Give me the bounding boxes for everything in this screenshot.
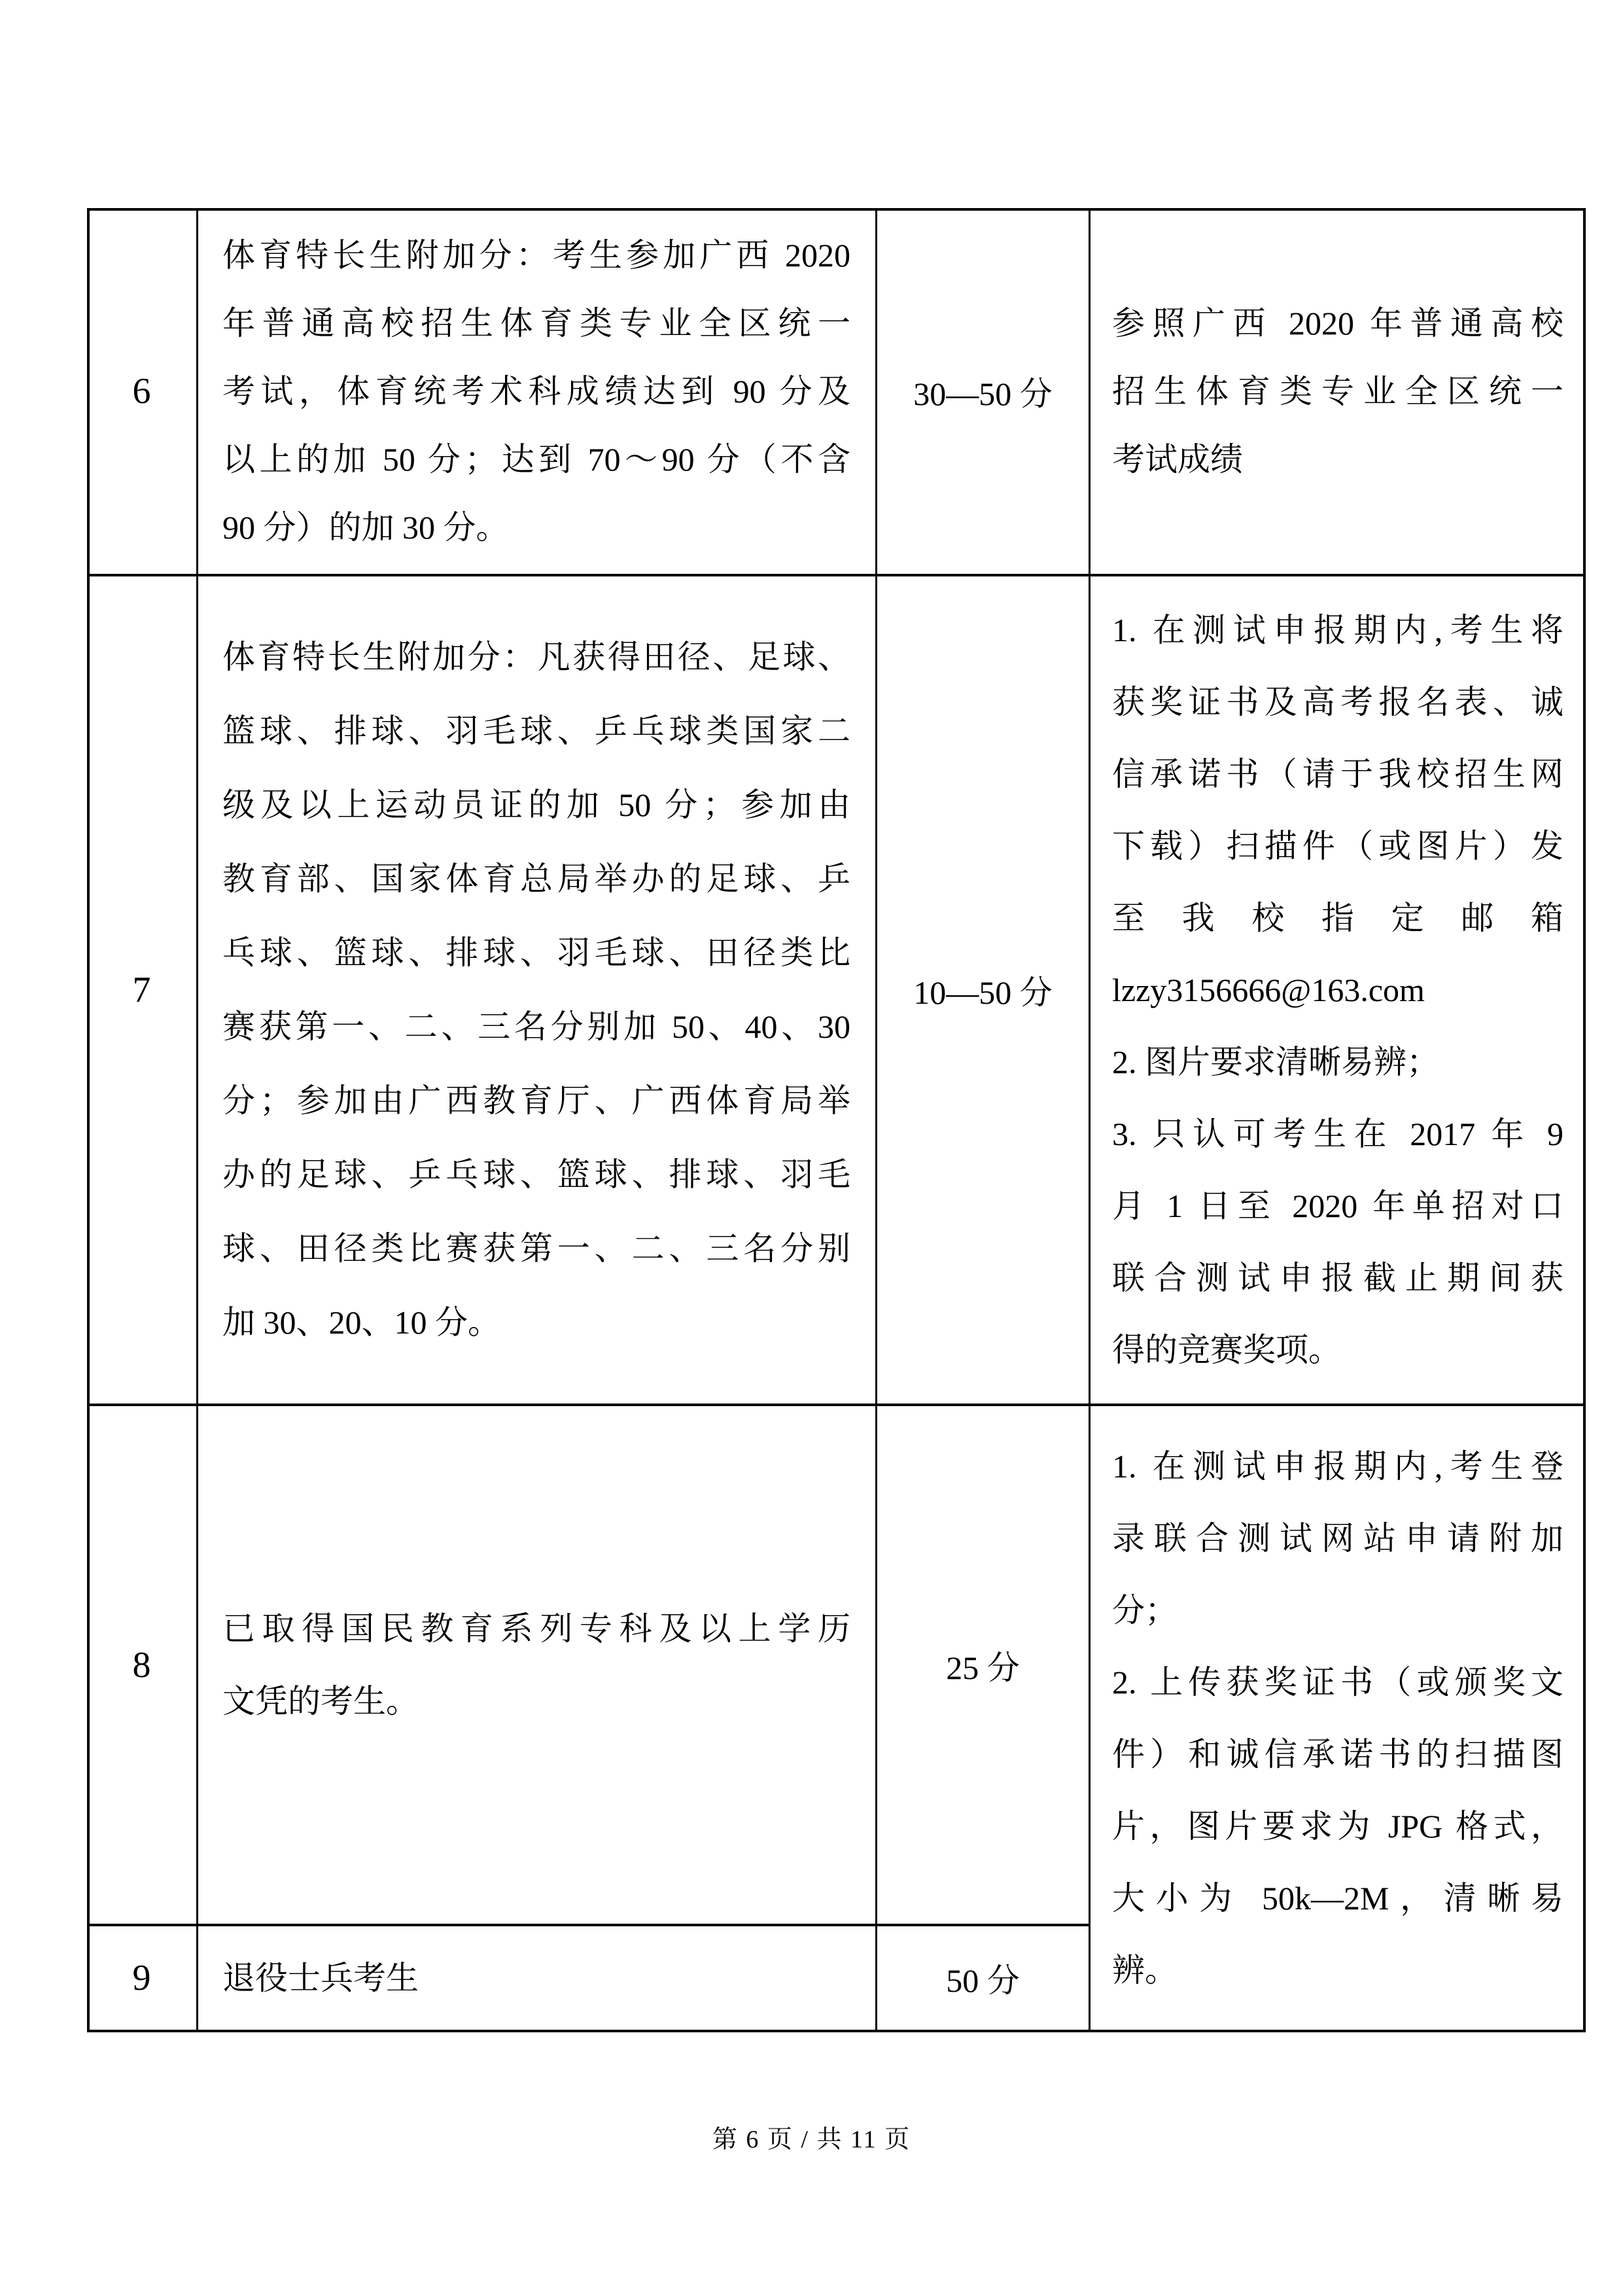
text-line: 赛获第一、二、三名分别加 50、40、30 bbox=[222, 990, 850, 1064]
criteria-cell: 已取得国民教育系列专科及以上学历 文凭的考生。 bbox=[222, 1406, 850, 1924]
criteria-cell: 体育特长生附加分：凡获得田径、足球、 篮球、排球、羽毛球、乒乓球类国家二 级及以… bbox=[222, 576, 850, 1404]
score-value: 25 分 bbox=[946, 1642, 1020, 1689]
text-line: 件）和诚信承诺书的扫描图 bbox=[1112, 1718, 1563, 1790]
note-cell-merged: 1. 在测试申报期内,考生登 录联合测试网站申请附加 分； 2. 上传获奖证书（… bbox=[1112, 1406, 1563, 2030]
text-line: 月 1 日至 2020 年单招对口 bbox=[1112, 1170, 1563, 1242]
text-line: 至我校指定邮箱 bbox=[1112, 882, 1563, 954]
score-cell: 25 分 bbox=[877, 1406, 1089, 1924]
row-number: 8 bbox=[133, 1644, 151, 1686]
text-line: 联合测试申报截止期间获 bbox=[1112, 1242, 1563, 1314]
table-border-right bbox=[1583, 208, 1586, 2032]
text-line: 以上的加 50 分；达到 70～90 分（不含 bbox=[222, 425, 850, 493]
email-text: lzzy3156666@163.com bbox=[1112, 954, 1563, 1026]
table-border-bottom bbox=[87, 2030, 1586, 2032]
text-line: 退役士兵考生 bbox=[222, 1944, 850, 2012]
row-number: 6 bbox=[133, 370, 151, 412]
score-cell: 30—50 分 bbox=[877, 208, 1089, 574]
row-number-cell: 8 bbox=[87, 1406, 196, 1924]
text-line: 办的足球、乒乓球、篮球、排球、羽毛 bbox=[222, 1138, 850, 1212]
text-line: 级及以上运动员证的加 50 分；参加由 bbox=[222, 768, 850, 842]
criteria-cell: 退役士兵考生 bbox=[222, 1926, 850, 2030]
text-line: 体育特长生附加分：考生参加广西 2020 bbox=[222, 221, 850, 289]
score-value: 50 分 bbox=[946, 1954, 1020, 2002]
row-number: 9 bbox=[133, 1957, 151, 1999]
note-cell: 参照广西 2020 年普通高校 招生体育类专业全区统一 考试成绩 bbox=[1112, 208, 1563, 574]
text-line: 分； bbox=[1112, 1574, 1563, 1646]
page-footer-text: 第 6 页 / 共 11 页 bbox=[712, 2126, 911, 2153]
text-line: 教育部、国家体育总局举办的足球、乒 bbox=[222, 842, 850, 916]
text-line: 2. 图片要求清晰易辨； bbox=[1112, 1026, 1563, 1098]
text-line: 90 分）的加 30 分。 bbox=[222, 493, 850, 561]
score-cell: 50 分 bbox=[877, 1926, 1089, 2030]
text-line: 招生体育类专业全区统一 bbox=[1112, 357, 1563, 425]
text-line: 得的竞赛奖项。 bbox=[1112, 1314, 1563, 1386]
col-divider-score-note bbox=[1089, 208, 1091, 2030]
text-line: 已取得国民教育系列专科及以上学历 bbox=[222, 1593, 850, 1665]
criteria-cell: 体育特长生附加分：考生参加广西 2020 年普通高校招生体育类专业全区统一 考试… bbox=[222, 208, 850, 574]
text-line: 2. 上传获奖证书（或颁奖文 bbox=[1112, 1646, 1563, 1718]
text-line: 下载）扫描件（或图片）发 bbox=[1112, 810, 1563, 882]
text-line: 篮球、排球、羽毛球、乒乓球类国家二 bbox=[222, 694, 850, 768]
col-divider-no-criteria bbox=[196, 208, 198, 2030]
text-line: 考试，体育统考术科成绩达到 90 分及 bbox=[222, 357, 850, 425]
text-line: 3. 只认可考生在 2017 年 9 bbox=[1112, 1098, 1563, 1170]
document-page: 6 体育特长生附加分：考生参加广西 2020 年普通高校招生体育类专业全区统一 … bbox=[0, 0, 1623, 2296]
text-line: 获奖证书及高考报名表、诚 bbox=[1112, 666, 1563, 738]
text-line: 参照广西 2020 年普通高校 bbox=[1112, 289, 1563, 357]
note-cell: 1. 在测试申报期内,考生将 获奖证书及高考报名表、诚 信承诺书（请于我校招生网… bbox=[1112, 576, 1563, 1404]
row-number-cell: 9 bbox=[87, 1926, 196, 2030]
score-value: 30—50 分 bbox=[913, 368, 1053, 415]
text-line: 1. 在测试申报期内,考生登 bbox=[1112, 1430, 1563, 1502]
row-number-cell: 6 bbox=[87, 208, 196, 574]
score-value: 10—50 分 bbox=[913, 966, 1053, 1014]
text-line: 文凭的考生。 bbox=[222, 1665, 850, 1738]
text-line: 球、田径类比赛获第一、二、三名分别 bbox=[222, 1212, 850, 1286]
score-cell: 10—50 分 bbox=[877, 576, 1089, 1404]
text-line: 信承诺书（请于我校招生网 bbox=[1112, 738, 1563, 810]
page-footer: 第 6 页 / 共 11 页 bbox=[0, 2119, 1623, 2155]
text-line: 辨。 bbox=[1112, 1934, 1563, 2006]
text-line: 考试成绩 bbox=[1112, 425, 1563, 493]
text-line: 大小为 50k—2M，清晰易 bbox=[1112, 1862, 1563, 1934]
text-line: 片，图片要求为 JPG 格式， bbox=[1112, 1790, 1563, 1862]
text-line: 年普通高校招生体育类专业全区统一 bbox=[222, 289, 850, 357]
row-number-cell: 7 bbox=[87, 576, 196, 1404]
text-line: 录联合测试网站申请附加 bbox=[1112, 1502, 1563, 1574]
text-line: 1. 在测试申报期内,考生将 bbox=[1112, 594, 1563, 666]
text-line: 体育特长生附加分：凡获得田径、足球、 bbox=[222, 620, 850, 694]
text-line: 乓球、篮球、排球、羽毛球、田径类比 bbox=[222, 916, 850, 990]
text-line: 加 30、20、10 分。 bbox=[222, 1286, 850, 1360]
text-line: 分；参加由广西教育厅、广西体育局举 bbox=[222, 1064, 850, 1138]
row-number: 7 bbox=[133, 969, 151, 1011]
